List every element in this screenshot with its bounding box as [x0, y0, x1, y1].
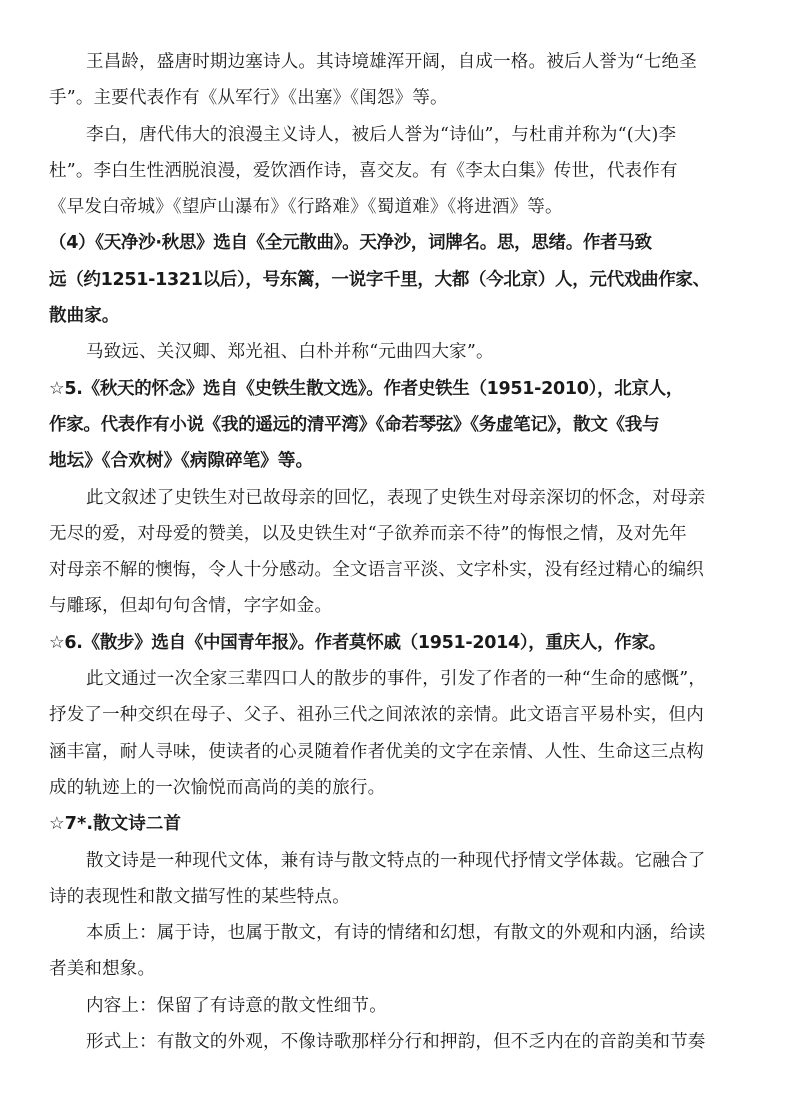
text-line: 诗的表现性和散文描写性的某些特点。 [49, 879, 759, 915]
text-line: 成的轨迹上的一次愉悦而高尚的美的旅行。 [49, 770, 759, 806]
section-heading-item-6: ☆6.《散步》选自《中国青年报》。作者莫怀戚（1951-2014），重庆人，作家… [49, 625, 759, 661]
paragraph-item-7-essence: 本质上：属于诗，也属于散文，有诗的情绪和幻想，有散文的外观和内涵，给读 者美和想… [49, 915, 759, 988]
text-line: （4）《天净沙·秋思》选自《全元散曲》。天净沙，词牌名。思，思绪。作者马致 [49, 225, 759, 261]
text-line: 形式上：有散文的外观，不像诗歌那样分行和押韵，但不乏内在的音韵美和节奏 [49, 1024, 759, 1060]
text-line: ☆7*.散文诗二首 [49, 806, 759, 842]
paragraph-item-5-desc: 此文叙述了史铁生对已故母亲的回忆，表现了史铁生对母亲深切的怀念，对母亲 无尽的爱… [49, 480, 759, 625]
text-line: 作家。代表作有小说《我的遥远的清平湾》《命若琴弦》《务虚笔记》，散文《我与 [49, 407, 759, 443]
section-heading-item-4: （4）《天净沙·秋思》选自《全元散曲》。天净沙，词牌名。思，思绪。作者马致 远（… [49, 225, 759, 334]
text-line: 内容上：保留了有诗意的散文性细节。 [49, 988, 759, 1024]
paragraph-wang-changling: 王昌龄，盛唐时期边塞诗人。其诗境雄浑开阔，自成一格。被后人誉为“七绝圣 手”。主… [49, 44, 759, 117]
text-line: 与雕琢，但却句句含情，字字如金。 [49, 588, 759, 624]
text-line: 无尽的爱，对母爱的赞美，以及史铁生对“子欲养而亲不待”的悔恨之情，及对先年 [49, 516, 759, 552]
section-heading-item-5: ☆5.《秋天的怀念》选自《史铁生散文选》。作者史铁生（1951-2010），北京… [49, 371, 759, 480]
paragraph-item-7-def: 散文诗是一种现代文体，兼有诗与散文特点的一种现代抒情文学体裁。它融合了 诗的表现… [49, 843, 759, 916]
text-line: 此文通过一次全家三辈四口人的散步的事件，引发了作者的一种“生命的感慨”， [49, 661, 759, 697]
text-line: 对母亲不解的懊悔，令人十分感动。全文语言平淡、文字朴实，没有经过精心的编织 [49, 552, 759, 588]
text-line: 杜”。李白生性洒脱浪漫，爱饮酒作诗，喜交友。有《李太白集》传世，代表作有 [49, 153, 759, 189]
document-page: 王昌龄，盛唐时期边塞诗人。其诗境雄浑开阔，自成一格。被后人誉为“七绝圣 手”。主… [49, 44, 759, 1060]
text-line: 手”。主要代表作有《从军行》《出塞》《闺怨》等。 [49, 80, 759, 116]
paragraph-item-7-form: 形式上：有散文的外观，不像诗歌那样分行和押韵，但不乏内在的音韵美和节奏 [49, 1024, 759, 1060]
paragraph-item-6-desc: 此文通过一次全家三辈四口人的散步的事件，引发了作者的一种“生命的感慨”， 抒发了… [49, 661, 759, 806]
text-line: 本质上：属于诗，也属于散文，有诗的情绪和幻想，有散文的外观和内涵，给读 [49, 915, 759, 951]
paragraph-li-bai: 李白，唐代伟大的浪漫主义诗人，被后人誉为“诗仙”，与杜甫并称为“(大)李 杜”。… [49, 117, 759, 226]
text-line: 《早发白帝城》《望庐山瀑布》《行路难》《蜀道难》《将进酒》等。 [49, 189, 759, 225]
text-line: 抒发了一种交织在母子、父子、祖孙三代之间浓浓的亲情。此文语言平易朴实，但内 [49, 697, 759, 733]
text-line: 地坛》《合欢树》《病隙碎笔》等。 [49, 443, 759, 479]
text-line: 李白，唐代伟大的浪漫主义诗人，被后人誉为“诗仙”，与杜甫并称为“(大)李 [49, 117, 759, 153]
text-line: 此文叙述了史铁生对已故母亲的回忆，表现了史铁生对母亲深切的怀念，对母亲 [49, 480, 759, 516]
paragraph-item-7-content: 内容上：保留了有诗意的散文性细节。 [49, 988, 759, 1024]
text-line: 散曲家。 [49, 298, 759, 334]
text-line: ☆6.《散步》选自《中国青年报》。作者莫怀戚（1951-2014），重庆人，作家… [49, 625, 759, 661]
text-line: 马致远、关汉卿、郑光祖、白朴并称“元曲四大家”。 [49, 334, 759, 370]
text-line: 远（约1251-1321以后），号东篱，一说字千里，大都（今北京）人，元代戏曲作… [49, 262, 759, 298]
text-line: 涵丰富，耐人寻味，使读者的心灵随着作者优美的文字在亲情、人性、生命这三点构 [49, 734, 759, 770]
text-line: 王昌龄，盛唐时期边塞诗人。其诗境雄浑开阔，自成一格。被后人誉为“七绝圣 [49, 44, 759, 80]
text-line: 者美和想象。 [49, 951, 759, 987]
paragraph-yuanqu-four: 马致远、关汉卿、郑光祖、白朴并称“元曲四大家”。 [49, 334, 759, 370]
text-line: 散文诗是一种现代文体，兼有诗与散文特点的一种现代抒情文学体裁。它融合了 [49, 843, 759, 879]
section-heading-item-7: ☆7*.散文诗二首 [49, 806, 759, 842]
text-line: ☆5.《秋天的怀念》选自《史铁生散文选》。作者史铁生（1951-2010），北京… [49, 371, 759, 407]
